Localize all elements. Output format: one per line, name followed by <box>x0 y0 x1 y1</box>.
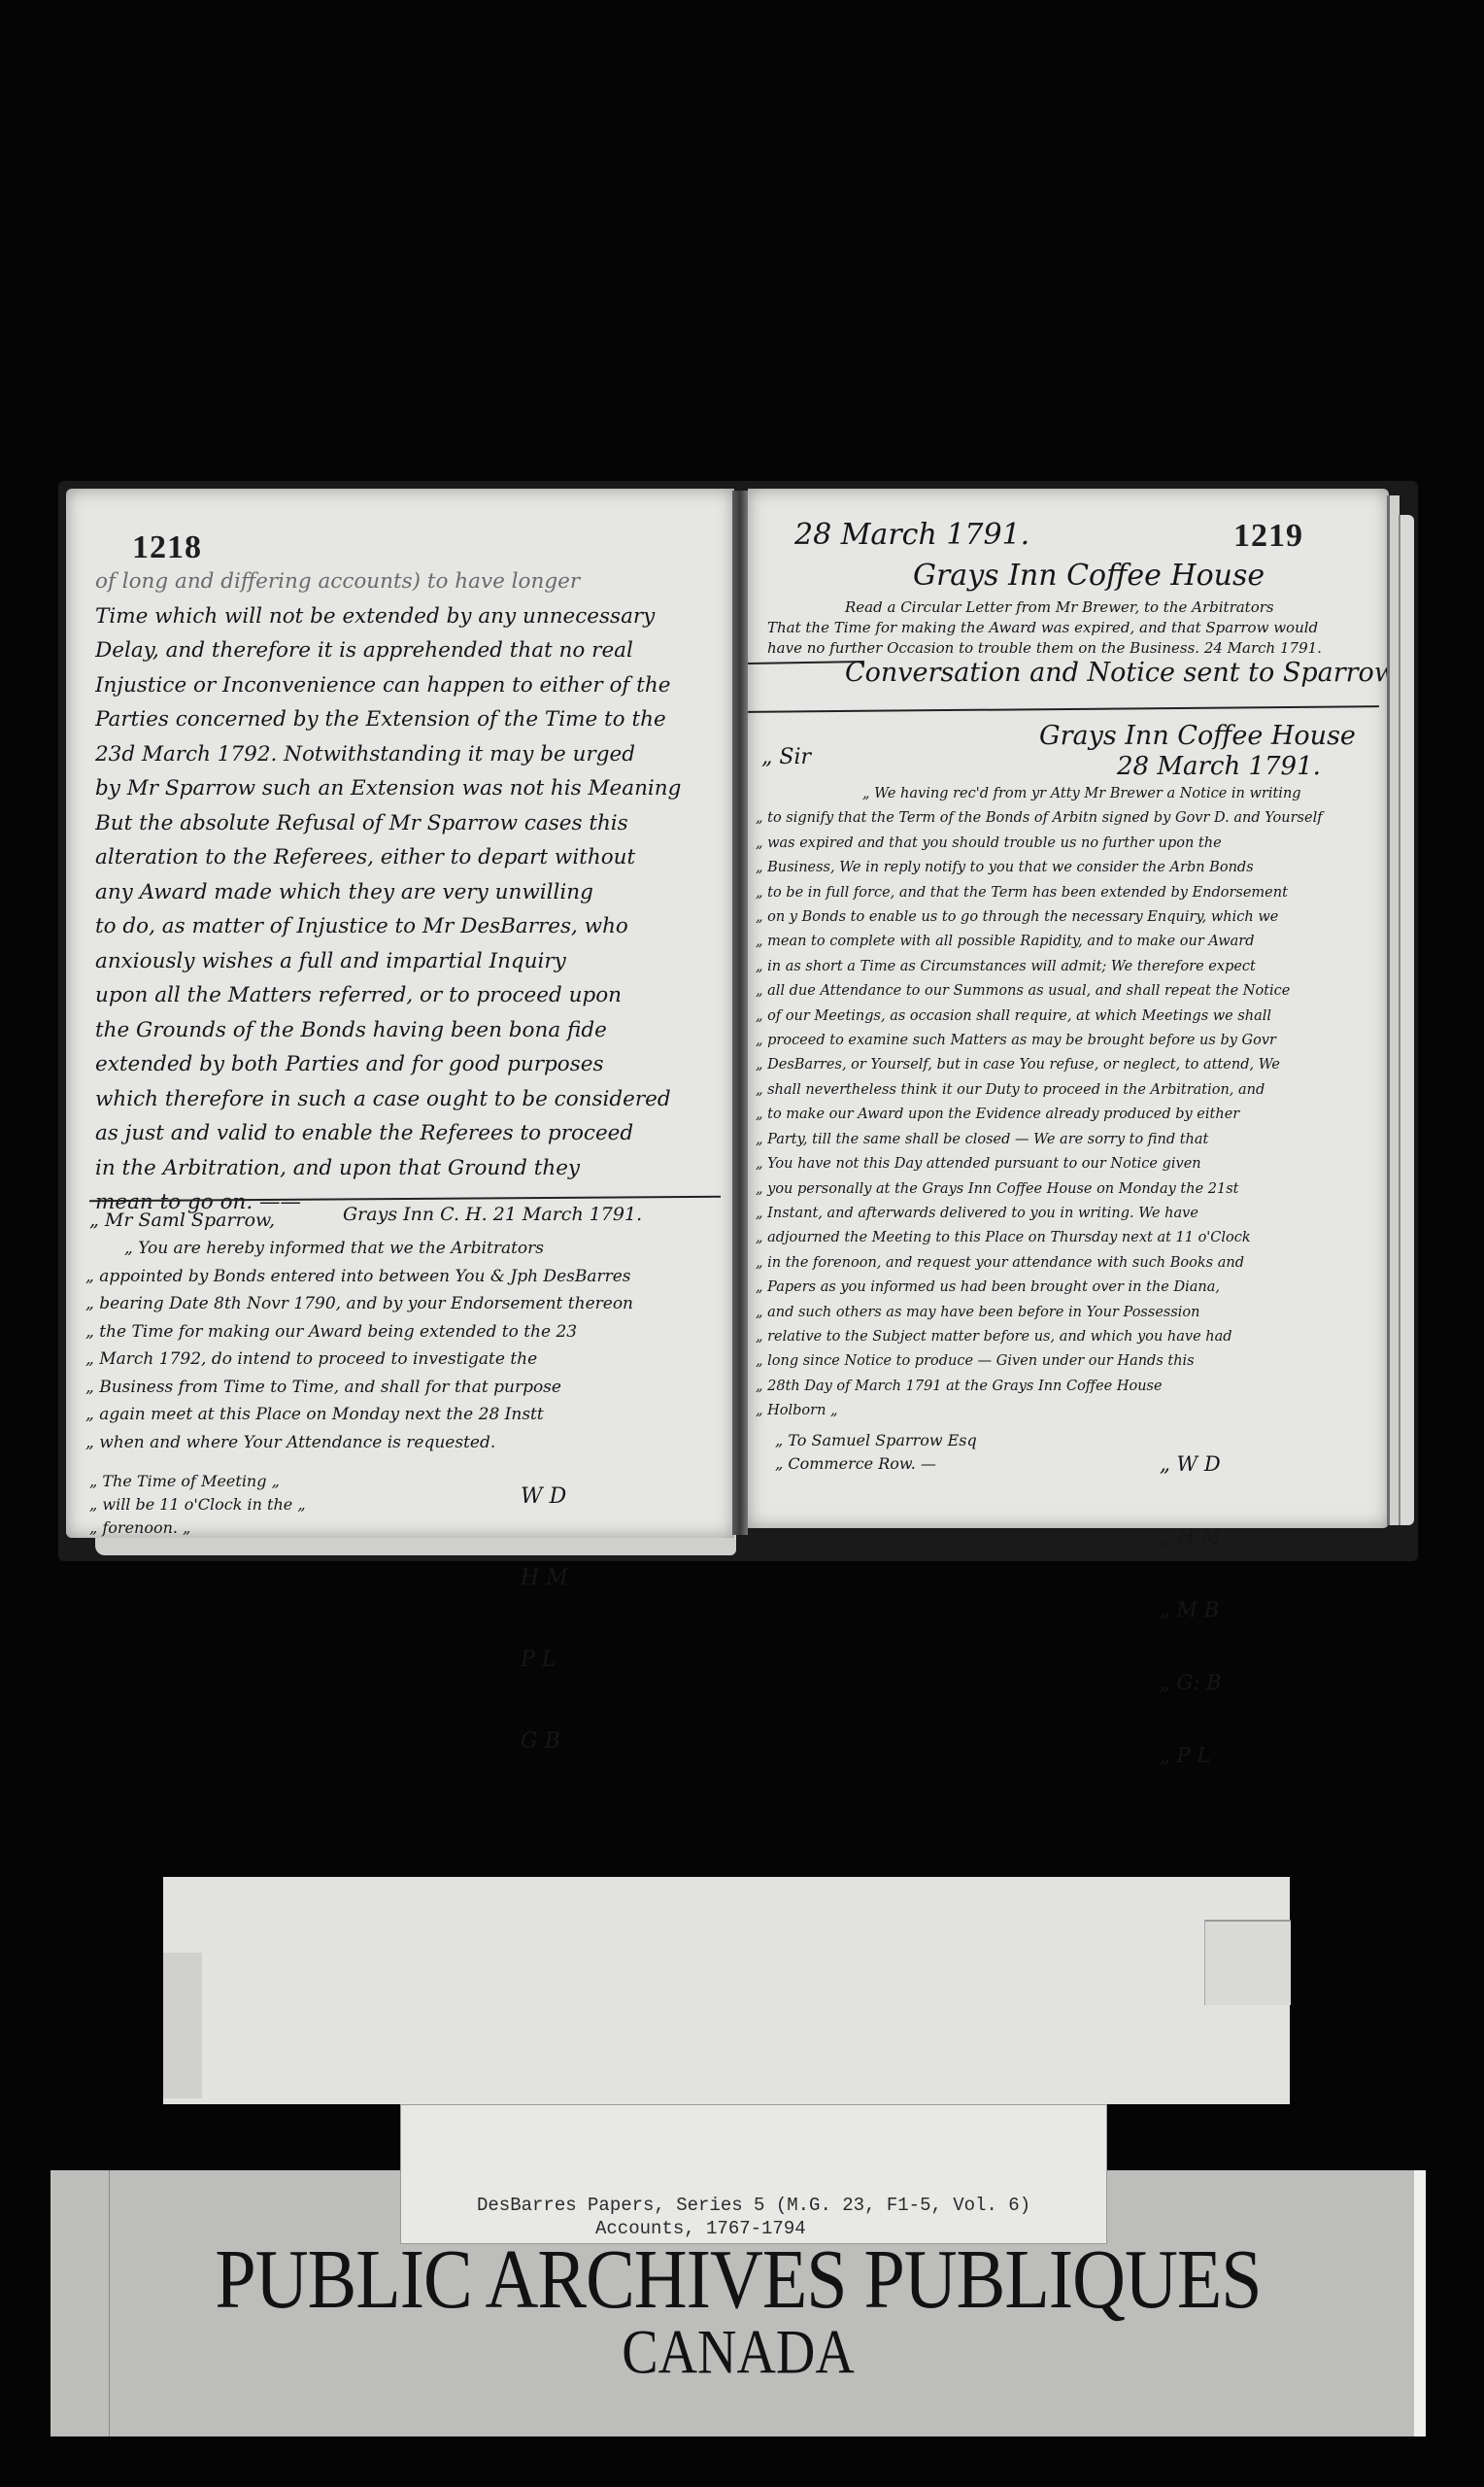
signature-initials: „ P L <box>1160 1744 1222 1768</box>
text-line: Injustice or Inconvenience can happen to… <box>95 668 717 703</box>
notice-signatures: W D H M P L G B <box>521 1429 568 1810</box>
signature-initials: „ H M <box>1160 1525 1222 1550</box>
place-heading: Grays Inn Coffee House <box>913 557 1265 596</box>
right-page: 28 March 1791. 1219 Grays Inn Coffee Hou… <box>748 489 1389 1528</box>
text-line: „ The Time of Meeting „ <box>89 1470 306 1493</box>
text-line: „ Business, We in reply notify to you th… <box>756 856 1377 880</box>
text-line: to do, as matter of Injustice to Mr DesB… <box>95 909 717 944</box>
text-line: That the Time for making the Award was e… <box>767 618 1379 638</box>
text-line: by Mr Sparrow such an Extension was not … <box>95 771 717 806</box>
folio-number: 1218 <box>132 529 202 566</box>
text-line: Read a Circular Letter from Mr Brewer, t… <box>767 597 1379 618</box>
text-line: „ forenoon. „ <box>89 1516 306 1540</box>
text-line: Delay, and therefore it is apprehended t… <box>95 633 717 668</box>
text-line: any Award made which they are very unwil… <box>95 875 717 910</box>
left-page-continuation-text: of long and differing accounts) to have … <box>95 564 717 1220</box>
text-line: „ Papers as you informed us had been bro… <box>756 1276 1377 1300</box>
text-line: Parties concerned by the Extension of th… <box>95 702 717 737</box>
notice-salutation: „ Mr Saml Sparrow, <box>89 1206 275 1235</box>
signature-initials: „ M B <box>1160 1598 1222 1622</box>
institution-title: PUBLIC ARCHIVES PUBLIQUES <box>51 2234 1426 2324</box>
text-line: „ You have not this Day attended pursuan… <box>756 1152 1377 1176</box>
text-line: „ was expired and that you should troubl… <box>756 832 1377 856</box>
text-line: as just and valid to enable the Referees… <box>95 1116 717 1151</box>
text-line: „ We having rec'd from yr Atty Mr Brewer… <box>756 782 1377 806</box>
signature-initials: „ W D <box>1160 1452 1222 1477</box>
text-line: „ 28th Day of March 1791 at the Grays In… <box>756 1375 1377 1399</box>
text-line: „ appointed by Bonds entered into betwee… <box>85 1263 717 1291</box>
text-line: „ Commerce Row. — <box>775 1452 977 1476</box>
text-line: „ shall nevertheless think it our Duty t… <box>756 1078 1377 1103</box>
text-line: „ You are hereby informed that we the Ar… <box>85 1235 717 1263</box>
text-line: „ long since Notice to produce — Given u… <box>756 1349 1377 1374</box>
text-line: „ on y Bonds to enable us to go through … <box>756 905 1377 930</box>
section-divider <box>748 705 1379 713</box>
signature-initials: W D <box>521 1483 568 1511</box>
text-line: „ you personally at the Grays Inn Coffee… <box>756 1177 1377 1202</box>
signature-initials: H M <box>521 1565 568 1592</box>
text-line: „ relative to the Subject matter before … <box>756 1325 1377 1349</box>
section-title: Conversation and Notice sent to Sparrow. <box>845 656 1401 691</box>
envelope-flap-right <box>1204 1920 1291 2005</box>
country-title: CANADA <box>51 2320 1426 2387</box>
envelope-flap-left <box>163 1953 202 2098</box>
text-line: upon all the Matters referred, or to pro… <box>95 978 717 1013</box>
text-line: „ all due Attendance to our Summons as u… <box>756 979 1377 1004</box>
text-line: „ will be 11 o'Clock in the „ <box>89 1493 306 1516</box>
text-line: „ To Samuel Sparrow Esq <box>775 1429 977 1452</box>
text-line: „ when and where Your Attendance is requ… <box>85 1429 717 1457</box>
text-line: alteration to the Referees, either to de… <box>95 840 717 875</box>
text-line: „ Business from Time to Time, and shall … <box>85 1374 717 1402</box>
text-line: „ to be in full force, and that the Term… <box>756 881 1377 905</box>
folder-envelope <box>163 1877 1290 2104</box>
text-line: „ of our Meetings, as occasion shall req… <box>756 1005 1377 1029</box>
text-line: „ again meet at this Place on Monday nex… <box>85 1401 717 1429</box>
left-page: 1218 of long and differing accounts) to … <box>66 489 734 1538</box>
text-line: of long and differing accounts) to have … <box>95 564 717 599</box>
text-line: „ Party, till the same shall be closed —… <box>756 1128 1377 1152</box>
text-line: „ bearing Date 8th Novr 1790, and by you… <box>85 1290 717 1318</box>
text-line: „ to signify that the Term of the Bonds … <box>756 806 1377 831</box>
date-header: 28 March 1791. <box>794 516 1029 555</box>
text-line: „ adjourned the Meeting to this Place on… <box>756 1226 1377 1250</box>
notice-place-date: Grays Inn C. H. 21 March 1791. <box>343 1200 642 1229</box>
minute-entry: Read a Circular Letter from Mr Brewer, t… <box>767 597 1379 659</box>
text-line: 23d March 1792. Notwithstanding it may b… <box>95 737 717 772</box>
text-line: „ in the forenoon, and request your atte… <box>756 1251 1377 1276</box>
text-line: „ Instant, and afterwards delivered to y… <box>756 1202 1377 1226</box>
letter-place: Grays Inn Coffee House <box>1039 720 1356 753</box>
text-line: „ proceed to examine such Matters as may… <box>756 1029 1377 1053</box>
text-line: But the absolute Refusal of Mr Sparrow c… <box>95 806 717 841</box>
letter-salutation: „ Sir <box>761 743 811 772</box>
letter-body: „ We having rec'd from yr Atty Mr Brewer… <box>756 782 1377 1424</box>
text-line: „ and such others as may have been befor… <box>756 1301 1377 1325</box>
letter-addressee: „ To Samuel Sparrow Esq „ Commerce Row. … <box>775 1429 977 1476</box>
text-line: anxiously wishes a full and impartial In… <box>95 944 717 979</box>
text-line: in the Arbitration, and upon that Ground… <box>95 1151 717 1186</box>
signature-initials: G B <box>521 1728 568 1755</box>
letter-date: 28 March 1791. <box>1117 751 1321 782</box>
text-line: „ to make our Award upon the Evidence al… <box>756 1103 1377 1127</box>
letter-signatures: „ W D „ H M „ M B „ G: B „ P L <box>1160 1404 1222 1817</box>
text-line: which therefore in such a case ought to … <box>95 1082 717 1117</box>
text-line: the Grounds of the Bonds having been bon… <box>95 1013 717 1048</box>
notice-body: „ You are hereby informed that we the Ar… <box>85 1235 717 1456</box>
text-line: „ the Time for making our Award being ex… <box>85 1318 717 1346</box>
book-gutter <box>732 491 748 1535</box>
signature-initials: P L <box>521 1647 568 1674</box>
page-edge <box>1399 515 1414 1525</box>
text-line: Time which will not be extended by any u… <box>95 599 717 634</box>
collection-title: DesBarres Papers, Series 5 (M.G. 23, F1-… <box>477 2195 1030 2216</box>
text-line: extended by both Parties and for good pu… <box>95 1047 717 1082</box>
text-line: „ Holborn „ <box>756 1399 1377 1423</box>
text-line: „ March 1792, do intend to proceed to in… <box>85 1346 717 1374</box>
text-line: „ DesBarres, or Yourself, but in case Yo… <box>756 1053 1377 1077</box>
text-line: „ in as short a Time as Circumstances wi… <box>756 955 1377 979</box>
folio-number: 1219 <box>1233 518 1303 555</box>
signature-initials: „ G: B <box>1160 1671 1222 1695</box>
collection-label: DesBarres Papers, Series 5 (M.G. 23, F1-… <box>400 2104 1107 2244</box>
text-line: „ mean to complete with all possible Rap… <box>756 930 1377 954</box>
notice-postscript: „ The Time of Meeting „ „ will be 11 o'C… <box>89 1470 306 1540</box>
